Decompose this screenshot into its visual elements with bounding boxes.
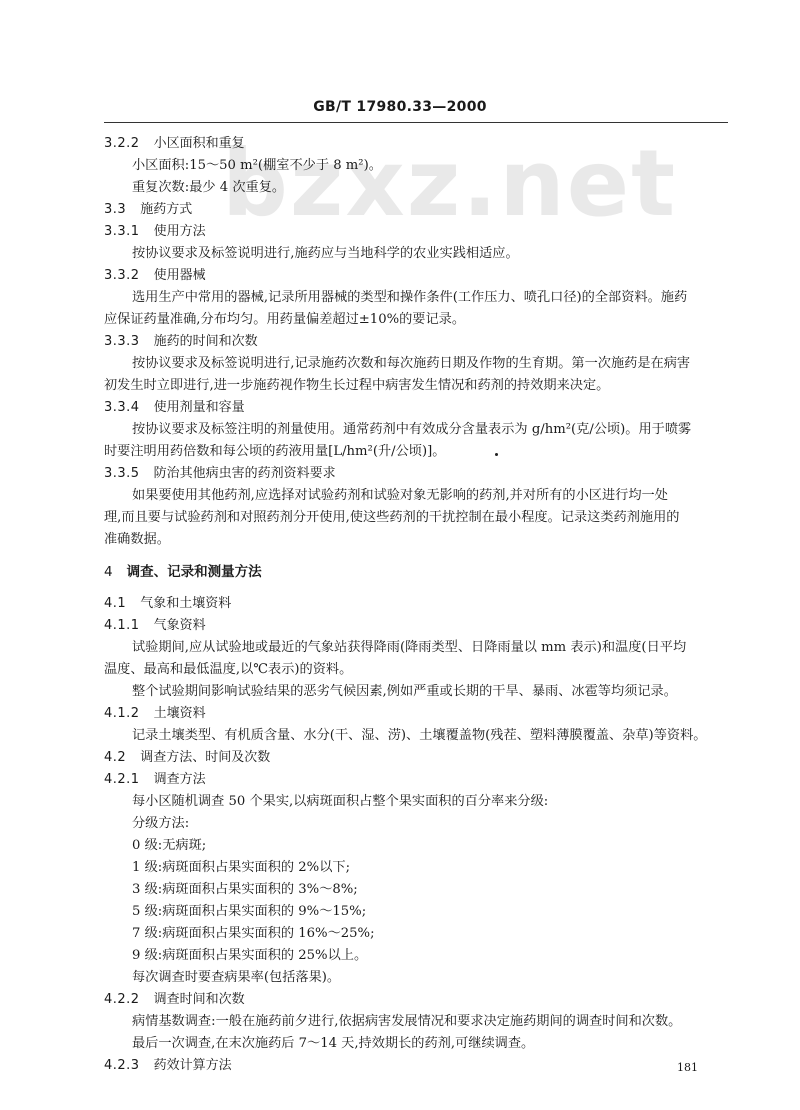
heading-3-3-3: 3.3.3施药的时间和次数 (104, 332, 258, 352)
paragraph: 整个试验期间影响试验结果的恶劣气候因素,例如严重或长期的干旱、暴雨、冰雹等均须记… (104, 682, 677, 702)
heading-3-3-2: 3.3.2使用器械 (104, 266, 206, 286)
paragraph: 按协议要求及标签说明进行,记录施药次数和每次施药日期及作物的生育期。第一次施药是… (104, 354, 690, 374)
paragraph: 分级方法: (104, 814, 189, 834)
paragraph: 病情基数调查:一般在施药前夕进行,依据病害发展情况和要求决定施药期间的调查时间和… (104, 1012, 681, 1032)
page-number: 181 (677, 1061, 698, 1074)
grade-item: 0 级:无病斑; (104, 836, 206, 856)
paragraph: 试验期间,应从试验地或最近的气象站获得降雨(降雨类型、日降雨量以 mm 表示)和… (104, 638, 686, 658)
heading-3-3-4: 3.3.4使用剂量和容量 (104, 398, 245, 418)
heading-4-2-2: 4.2.2调查时间和次数 (104, 990, 245, 1010)
paragraph: 每小区随机调查 50 个果实,以病斑面积占整个果实面积的百分率来分级: (104, 792, 548, 812)
paragraph: 小区面积:15～50 m²(棚室不少于 8 m²)。 (104, 156, 382, 176)
heading-4: 4调查、记录和测量方法 (104, 562, 262, 582)
heading-4-2: 4.2调查方法、时间及次数 (104, 748, 270, 768)
paragraph: 每次调查时要查病果率(包括落果)。 (104, 968, 340, 988)
heading-3-3-1: 3.3.1使用方法 (104, 222, 206, 242)
header-divider (104, 122, 728, 123)
standard-header: GB/T 17980.33—2000 (0, 99, 800, 115)
heading-3-2-2: 3.2.2小区面积和重复 (104, 134, 245, 154)
paragraph: 按协议要求及标签注明的剂量使用。通常药剂中有效成分含量表示为 g/hm²(克/公… (104, 420, 691, 440)
grade-item: 5 级:病斑面积占果实面积的 9%～15%; (104, 902, 366, 922)
paragraph: 最后一次调查,在末次施药后 7～14 天,持效期长的药剂,可继续调查。 (104, 1034, 534, 1054)
paragraph-continuation: 时要注明用药倍数和每公顷的药液用量[L/hm²(升/公顷)]。 (104, 442, 445, 462)
paragraph: 如果要使用其他药剂,应选择对试验药剂和试验对象无影响的药剂,并对所有的小区进行均… (104, 486, 668, 506)
paragraph-continuation: 温度、最高和最低温度,以℃表示)的资料。 (104, 660, 352, 680)
scan-speck (495, 453, 498, 456)
paragraph: 选用生产中常用的器械,记录所用器械的类型和操作条件(工作压力、喷孔口径)的全部资… (104, 288, 687, 308)
paragraph-continuation: 理,而且要与试验药剂和对照药剂分开使用,使这些药剂的干扰控制在最小程度。记录这类… (104, 508, 679, 528)
paragraph: 按协议要求及标签说明进行,施药应与当地科学的农业实践相适应。 (104, 244, 519, 264)
paragraph-continuation: 准确数据。 (104, 530, 170, 550)
paragraph-continuation: 应保证药量准确,分布均匀。用药量偏差超过±10%的要记录。 (104, 310, 465, 330)
grade-item: 1 级:病斑面积占果实面积的 2%以下; (104, 858, 350, 878)
paragraph-continuation: 初发生时立即进行,进一步施药视作物生长过程中病害发生情况和药剂的持效期来决定。 (104, 376, 609, 396)
watermark: bzxz.net (222, 138, 677, 230)
paragraph: 记录土壤类型、有机质含量、水分(干、湿、涝)、土壤覆盖物(残茬、塑料薄膜覆盖、杂… (104, 726, 706, 746)
grade-item: 3 级:病斑面积占果实面积的 3%～8%; (104, 880, 358, 900)
heading-4-2-3: 4.2.3药效计算方法 (104, 1056, 232, 1076)
heading-4-2-1: 4.2.1调查方法 (104, 770, 206, 790)
heading-3-3-5: 3.3.5防治其他病虫害的药剂资料要求 (104, 464, 336, 484)
grade-item: 7 级:病斑面积占果实面积的 16%～25%; (104, 924, 375, 944)
heading-4-1: 4.1气象和土壤资料 (104, 594, 231, 614)
heading-4-1-1: 4.1.1气象资料 (104, 616, 206, 636)
heading-4-1-2: 4.1.2土壤资料 (104, 704, 206, 724)
heading-3-3: 3.3施药方式 (104, 200, 192, 220)
paragraph: 重复次数:最少 4 次重复。 (104, 178, 285, 198)
grade-item: 9 级:病斑面积占果实面积的 25%以上。 (104, 946, 367, 966)
